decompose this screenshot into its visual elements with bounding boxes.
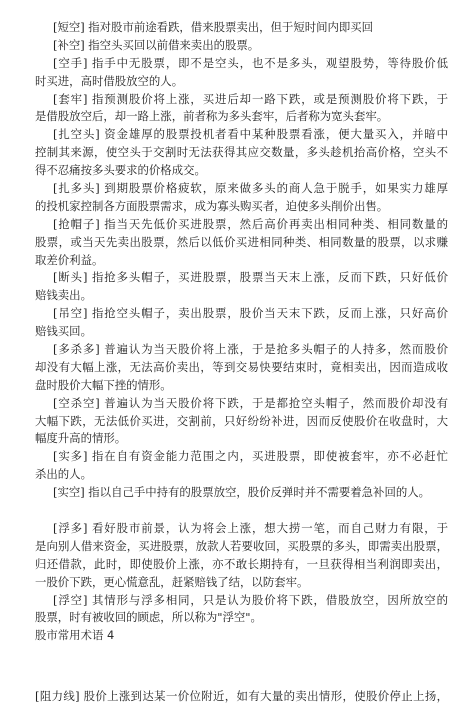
text-line: [空手] 指手中无股票，即不是空头，也不是多头，观望股势，等待股价低	[35, 55, 448, 73]
text-line: 盘时股价大幅下挫的情形。	[35, 377, 448, 395]
text-line: [抢帽子] 指当天先低价买进股票，然后高价再卖出相同种类、相同数量的	[35, 216, 448, 234]
text-line: 杀出的人。	[35, 466, 448, 484]
text-line: [断头] 指抢多头帽子，买进股票，股票当天末上涨，反而下跌，只好低价	[35, 269, 448, 287]
glossary-section-3: [阻力线] 股价上涨到达某一价位附近，如有大量的卖出情形，使股价停止上扬，	[35, 688, 448, 706]
text-line: 股票，或当天先卖出股票，然后以低价买进相同种类、相同数量的股票，以求赚	[35, 234, 448, 252]
term-paragraph: [浮空] 其情形与浮多相同，只是认为股价将下跌，借股放空，因所放空的 股票，时有…	[35, 592, 448, 628]
text-line: 股票，时有被收回的顾虑，所以称为"浮空"。	[35, 609, 448, 627]
text-line: [吊空] 指抢空头帽子，卖出股票，股价当天末下跌，反而上涨，只好高价	[35, 305, 448, 323]
text-line: 赔钱卖出。	[35, 287, 448, 305]
text-line: [补空] 指空头买回以前借来卖出的股票。	[35, 37, 448, 55]
term-paragraph: [扎空头] 资金雄厚的股票投机者看中某种股票看涨，便大量买入，并暗中 控制其来源…	[35, 126, 448, 180]
term-paragraph: [断头] 指抢多头帽子，买进股票，股票当天末上涨，反而下跌，只好低价 赔钱卖出。	[35, 269, 448, 305]
term-paragraph: [短空] 指对股市前途看跌，借来股票卖出，但于短时间内即买回	[35, 19, 448, 37]
text-line: 赔钱买回。	[35, 323, 448, 341]
text-line: 却没有大幅上涨，无法高价卖出，等到交易快要结束时，竟相卖出，因而造成收	[35, 359, 448, 377]
text-line: [阻力线] 股价上涨到达某一价位附近，如有大量的卖出情形，使股价停止上扬，	[35, 688, 448, 706]
text-line: [实空] 指以自己手中持有的股票放空，股价反弹时并不需要着急补回的人。	[35, 484, 448, 502]
term-paragraph: [补空] 指空头买回以前借来卖出的股票。	[35, 37, 448, 55]
text-line: 是借股放空后，却一路上涨，前者称为多头套牢，后者称为宽头套牢。	[35, 108, 448, 126]
text-line: 一股价下跌，更心慌意乱，赶紧赔钱了结，以防套牢。	[35, 574, 448, 592]
text-line: [多杀多] 普遍认为当天股价将上涨，于是抢多头帽子的人持多，然而股价	[35, 341, 448, 359]
text-line: [浮多] 看好股市前景，认为将会上涨，想大捞一笔，而自己财力有限，于	[35, 520, 448, 538]
text-line: [短空] 指对股市前途看跌，借来股票卖出，但于短时间内即买回	[35, 19, 448, 37]
term-paragraph: [抢帽子] 指当天先低价买进股票，然后高价再卖出相同种类、相同数量的 股票，或当…	[35, 216, 448, 270]
section-heading: 股市常用术语 4	[35, 627, 448, 645]
text-line: [扎多头] 到期股票价格疲软，原来做多头的商人急于脱手，如果实力雄厚	[35, 180, 448, 198]
term-paragraph: [多杀多] 普遍认为当天股价将上涨，于是抢多头帽子的人持多，然而股价 却没有大幅…	[35, 341, 448, 395]
glossary-section-2: [浮多] 看好股市前景，认为将会上涨，想大捞一笔，而自己财力有限，于 是向别人借…	[35, 520, 448, 645]
text-line: 是向别人借来资金，买进股票，放款人若要收回，买股票的多头，即需卖出股票，	[35, 538, 448, 556]
term-paragraph: [实空] 指以自己手中持有的股票放空，股价反弹时并不需要着急补回的人。	[35, 484, 448, 502]
text-line: [实多] 指在自有资金能力范围之内，买进股票，即使被套牢，亦不必赶忙	[35, 448, 448, 466]
text-line: [扎空头] 资金雄厚的股票投机者看中某种股票看涨，便大量买入，并暗中	[35, 126, 448, 144]
text-line: 幅度升高的情形。	[35, 430, 448, 448]
term-paragraph: [扎多头] 到期股票价格疲软，原来做多头的商人急于脱手，如果实力雄厚 的投机家控…	[35, 180, 448, 216]
text-line: 得不忍痛按多头要求的价格成交。	[35, 162, 448, 180]
term-paragraph: [套牢] 指预测股价将上涨，买进后却一路下跌，或是预测股价将下跌，于 是借股放空…	[35, 91, 448, 127]
text-line: [浮空] 其情形与浮多相同，只是认为股价将下跌，借股放空，因所放空的	[35, 592, 448, 610]
term-paragraph: [阻力线] 股价上涨到达某一价位附近，如有大量的卖出情形，使股价停止上扬，	[35, 688, 448, 706]
term-paragraph: [实多] 指在自有资金能力范围之内，买进股票，即使被套牢，亦不必赶忙 杀出的人。	[35, 448, 448, 484]
text-line: 控制其来源，使空头于交割时无法获得其应交数量，多头趁机抬高价格，空头不	[35, 144, 448, 162]
text-line: [套牢] 指预测股价将上涨，买进后却一路下跌，或是预测股价将下跌，于	[35, 91, 448, 109]
text-line: 归还借款，此时，即使股价上涨，亦不敢长期持有，一旦获得相当利润即卖出，	[35, 556, 448, 574]
glossary-section-1: [短空] 指对股市前途看跌，借来股票卖出，但于短时间内即买回 [补空] 指空头买…	[35, 19, 448, 502]
term-paragraph: [吊空] 指抢空头帽子，卖出股票，股价当天末下跌，反而上涨，只好高价 赔钱买回。	[35, 305, 448, 341]
text-line: 的投机家控制各方面股票需求，成为寡头购买者，迫使多头削价出售。	[35, 198, 448, 216]
term-paragraph: [空杀空] 普遍认为当天股价将下跌，于是都抢空头帽子，然而股价却没有 大幅下跌，…	[35, 395, 448, 449]
text-line: 大幅下跌，无法低价买进，交割前，只好纷纷补进，因而反使股价在收盘时，大	[35, 413, 448, 431]
text-line: 时买进，高时借股放空的人。	[35, 73, 448, 91]
term-paragraph: [空手] 指手中无股票，即不是空头，也不是多头，观望股势，等待股价低 时买进，高…	[35, 55, 448, 91]
text-line: 取差价利益。	[35, 252, 448, 270]
term-paragraph: [浮多] 看好股市前景，认为将会上涨，想大捞一笔，而自己财力有限，于 是向别人借…	[35, 520, 448, 592]
text-line: [空杀空] 普遍认为当天股价将下跌，于是都抢空头帽子，然而股价却没有	[35, 395, 448, 413]
